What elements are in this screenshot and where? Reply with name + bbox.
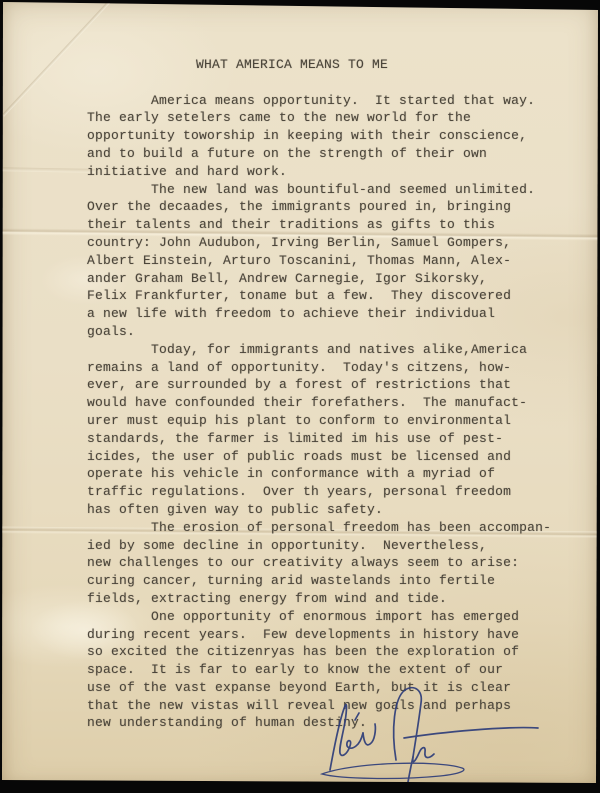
- typed-paragraph-2: The new land was bountiful-and seemed un…: [87, 181, 547, 341]
- typed-essay: WHAT AMERICA MEANS TO ME America means o…: [87, 56, 547, 732]
- essay-title: WHAT AMERICA MEANS TO ME: [196, 56, 547, 74]
- signature-stroke-flourish: [322, 763, 464, 778]
- signature-neil-armstrong: [292, 682, 554, 793]
- aged-paper-sheet: WHAT AMERICA MEANS TO ME America means o…: [0, 0, 600, 793]
- typed-paragraph-3: Today, for immigrants and natives alike,…: [87, 341, 547, 519]
- signature-stroke-crossline: [404, 728, 538, 738]
- typed-paragraph-4: The erosion of personal freedom has been…: [87, 519, 547, 608]
- signature-stroke-capital: [394, 688, 434, 762]
- typed-paragraph-1: America means opportunity. It started th…: [87, 92, 547, 181]
- signature-stroke-accent: [355, 713, 359, 720]
- signature-stroke-descender: [406, 757, 413, 793]
- small-edge-crease: [0, 167, 95, 173]
- scanned-document-photo: WHAT AMERICA MEANS TO ME America means o…: [0, 0, 600, 793]
- signature-stroke-l: [363, 724, 375, 745]
